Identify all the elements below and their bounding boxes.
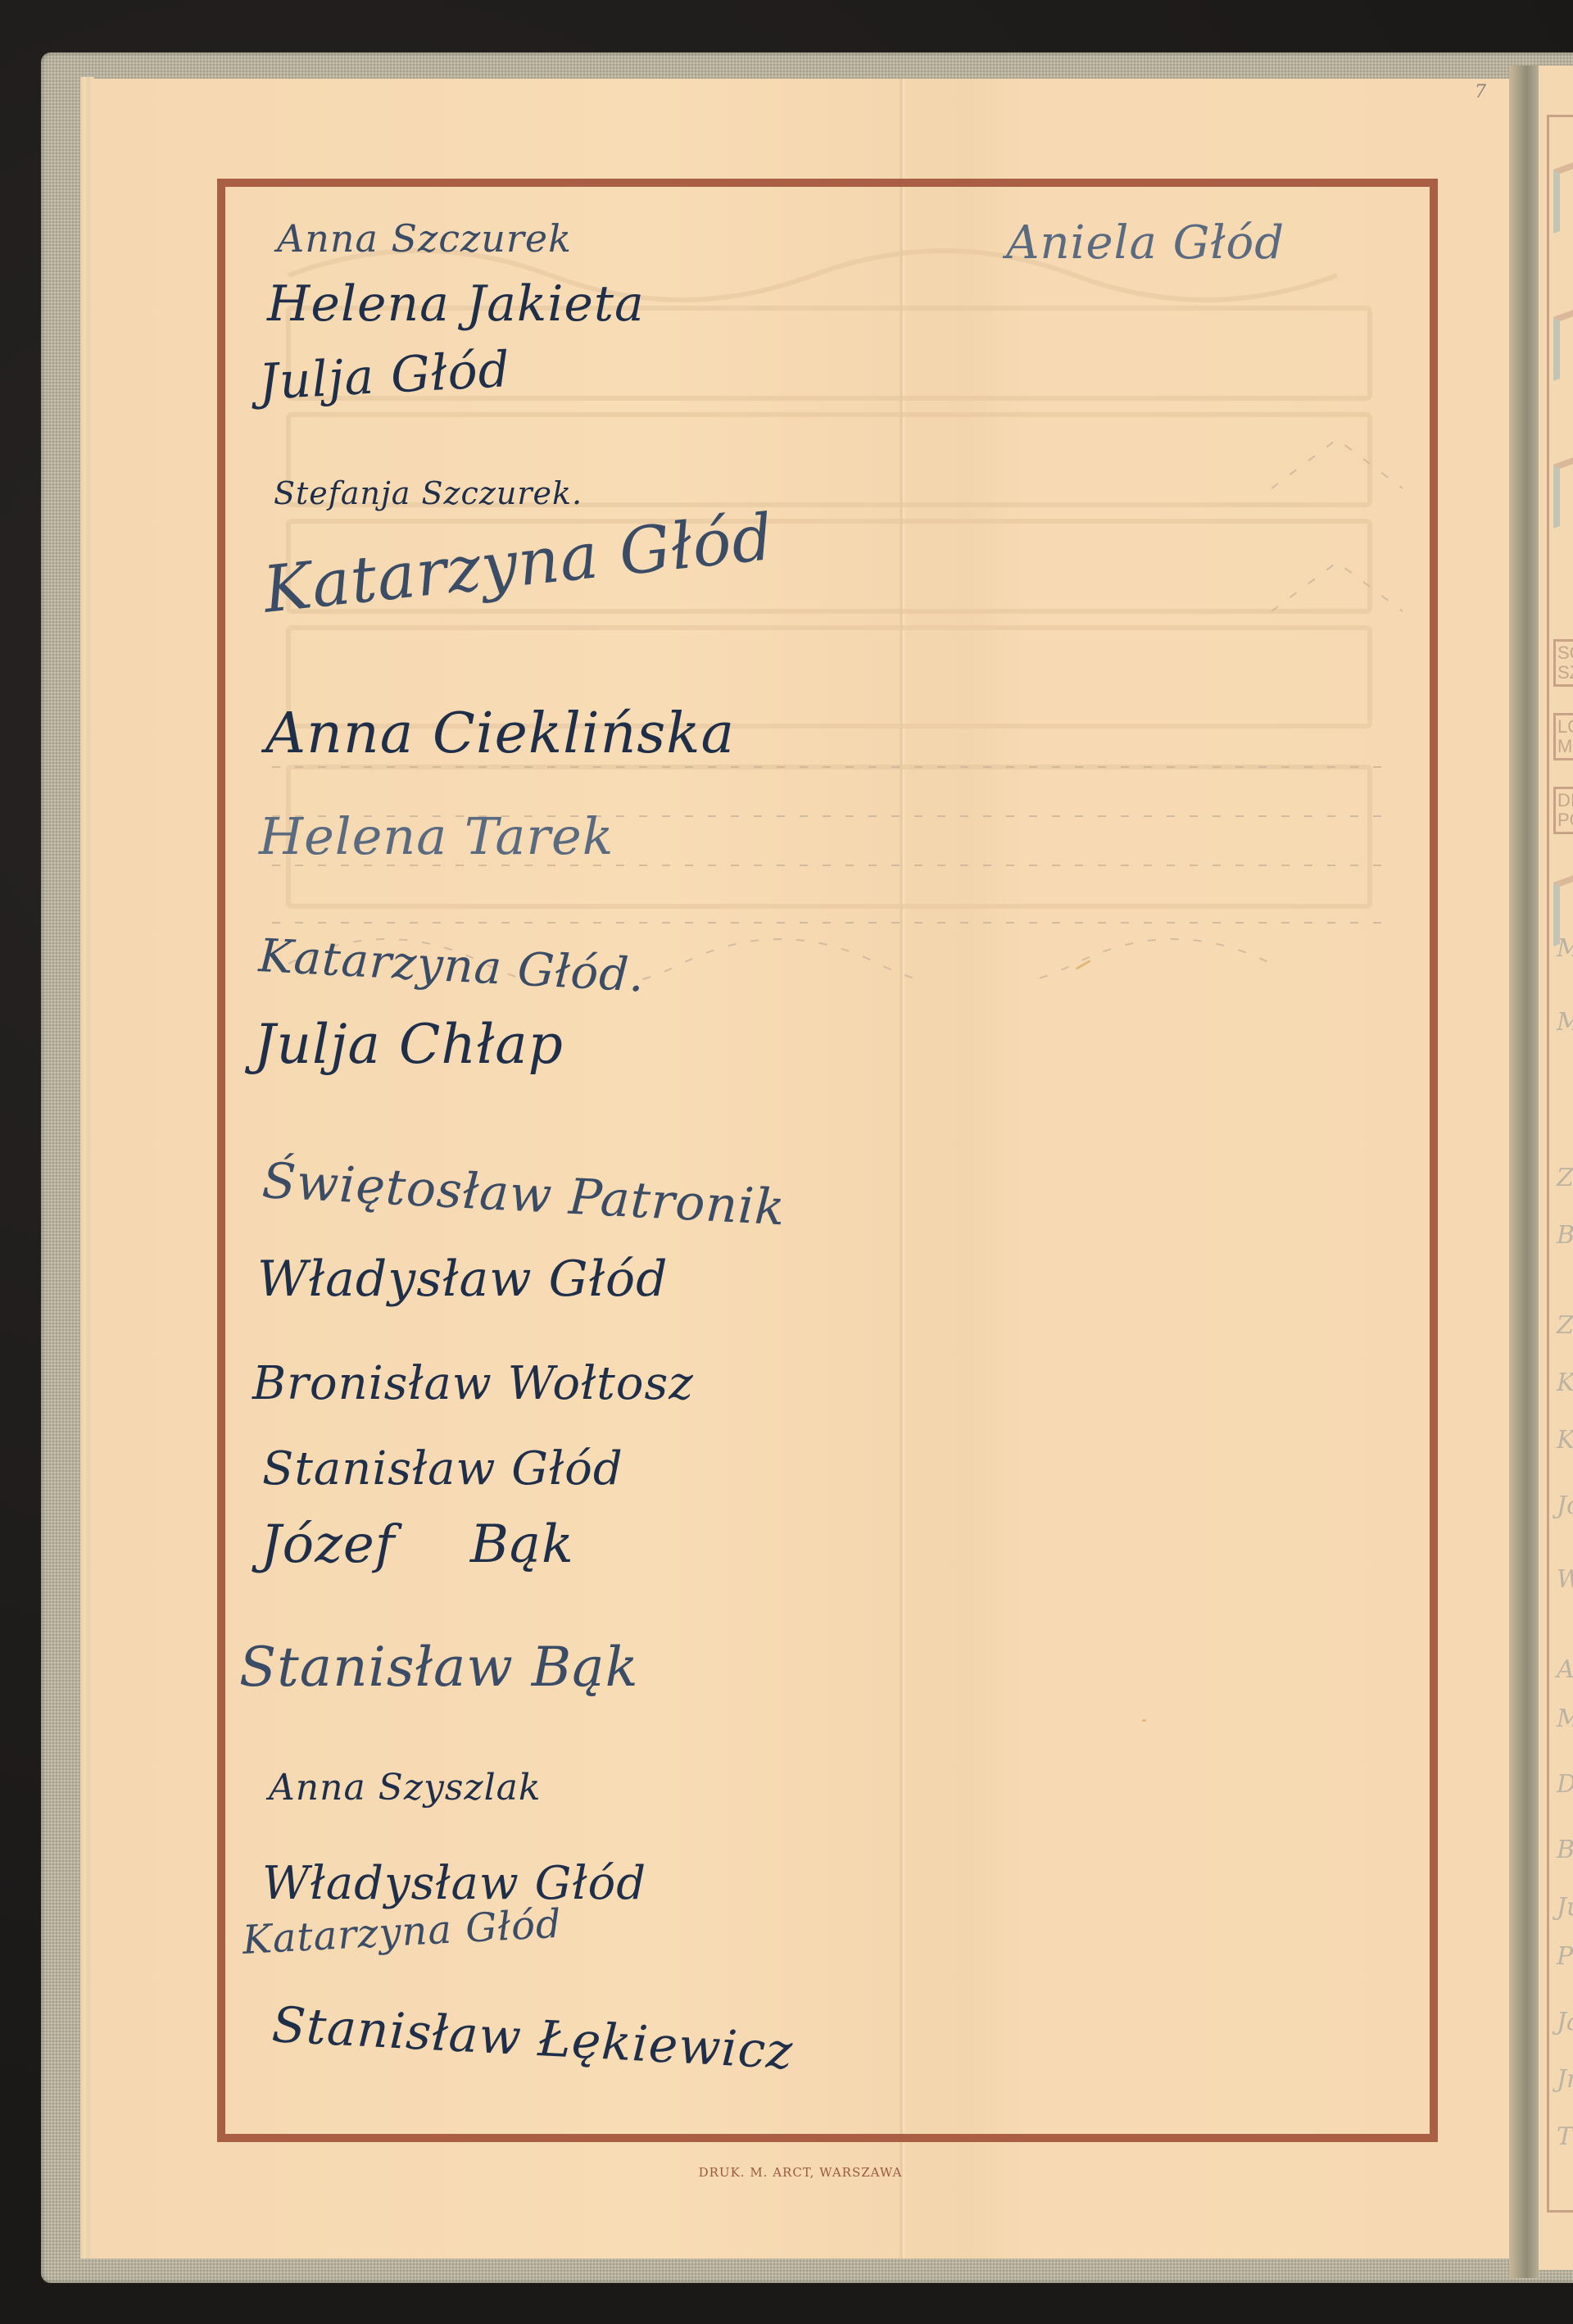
signature: Helena Jakieta [267, 275, 645, 333]
decorative-ornament [1553, 453, 1573, 529]
facing-signature: Wład [1557, 1565, 1573, 1594]
signature: Anna Szczurek [277, 216, 572, 261]
facing-signature: Turn [1557, 2122, 1573, 2151]
decorative-ornament [1553, 158, 1573, 234]
book-page: Anna Szczurek Helena Jakieta Julja Głód … [92, 79, 1509, 2258]
facing-signature: Dul [1557, 1770, 1573, 1799]
facing-signature: Kat [1557, 1426, 1573, 1455]
signature: Aniela Głód [1006, 216, 1285, 270]
facing-signature: Pip [1557, 1942, 1573, 1971]
signature: Helena Tarek [259, 806, 614, 866]
facing-signature: Bro [1557, 1221, 1573, 1250]
decorative-ornament [1553, 306, 1573, 381]
folio-mark: 7 [1475, 82, 1486, 102]
facing-signature: Ant [1557, 1655, 1573, 1684]
facing-signature: Zof [1557, 1311, 1573, 1340]
signature: Bronisław Wołtosz [252, 1357, 694, 1410]
signature: Stefanja Szczurek. [274, 475, 583, 511]
facing-signature: Jmój [1557, 2065, 1573, 2094]
signature: Stanisław Bąk [239, 1636, 639, 1699]
signature: Julja Chłap [254, 1013, 564, 1076]
paper-stain [1142, 1719, 1146, 1722]
facing-signature: Kat [1557, 1369, 1573, 1397]
facing-signature: Ma [1557, 934, 1573, 963]
signature: Władysław Głód [257, 1251, 669, 1308]
facing-signature: Juna [1557, 1893, 1573, 1922]
facing-signature: Ma [1557, 1008, 1573, 1037]
signature: Józef Bąk [261, 1514, 574, 1575]
printer-imprint: DRUK. M. ARCT, WARSZAWA [92, 2165, 1509, 2180]
facing-signature: Józ [1557, 1491, 1573, 1520]
facing-signature: Jawo [1557, 2008, 1573, 2036]
signature: Władysław Głód [262, 1857, 646, 1910]
facing-label: DISTPOW [1553, 787, 1573, 834]
facing-label: LOCMIE [1553, 713, 1573, 760]
facing-signature: Buc [1557, 1836, 1573, 1864]
facing-page: SCHSZK LOCMIE DISTPOW Ma Ma Zof Bro Zof … [1539, 66, 1573, 2270]
facing-label: SCHSZK [1553, 639, 1573, 687]
facing-signature: Zof [1557, 1164, 1573, 1192]
signature: Anna Szyszlak [269, 1767, 542, 1809]
book-gutter [1509, 66, 1539, 2278]
signature: Anna Cieklińska [265, 701, 735, 766]
facing-signature: Maj [1557, 1704, 1573, 1733]
signature: Stanisław Głód [262, 1442, 623, 1496]
